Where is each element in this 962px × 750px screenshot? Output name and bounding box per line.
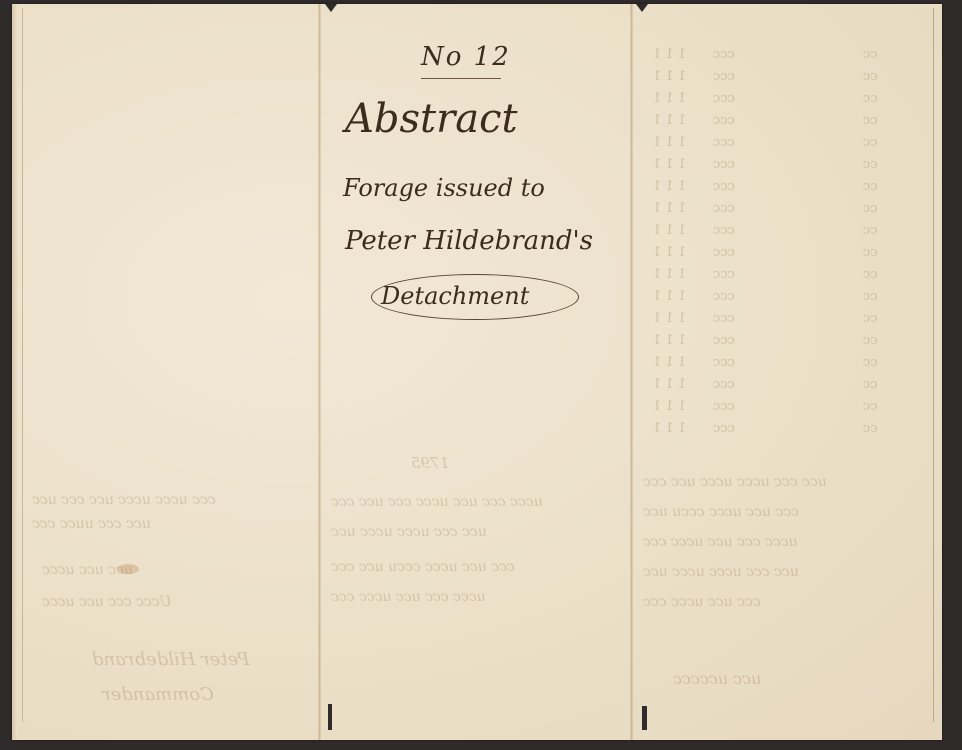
bleed-through-text: ucc ccc uccc uccc ucc ccc	[643, 474, 827, 490]
bleed-through-text: ccc ucc uccc ccc	[643, 594, 761, 610]
bleed-through-column: 1 1 1 1 1 1 1 1 1 1 1 1 1 1 1 1 1 1 1 1 …	[653, 44, 686, 440]
paper-tear	[325, 4, 337, 12]
bleed-through-text: uccc ccc ucc uccc ccc	[331, 589, 486, 605]
paper-tear	[636, 4, 648, 12]
bleed-through-text: ucc ccc uccc uccc ucc	[643, 564, 799, 580]
left-panel: ccc uccc uccc ucc ccc ucc ucc ccc uucc c…	[12, 4, 318, 740]
paper-tear	[642, 706, 647, 730]
bleed-through-text: uccc ccc ucc uccc ccc	[643, 534, 798, 550]
bleed-through-text: ucc uccccc	[673, 669, 761, 688]
number-underline	[421, 78, 501, 79]
bleed-through-text: ucc ccc uucc ccc	[32, 516, 151, 532]
bleed-through-text: ccc ucc uccc cccu ucc ccc	[331, 559, 515, 575]
bleed-through-text: Uccc ccc ucc uccc	[42, 594, 171, 610]
document-title: Abstract	[345, 96, 518, 142]
bleed-through-column: ccc ccc ccc ccc ccc ccc ccc ccc ccc ccc …	[713, 44, 735, 440]
bleed-through-total: 1795	[411, 454, 449, 472]
center-panel: No 12 Abstract Forage issued to Peter Hi…	[321, 4, 630, 740]
document-sheet: ccc uccc uccc ucc ccc ucc ucc ccc uucc c…	[12, 4, 942, 740]
paper-tear	[328, 704, 332, 730]
bleed-through-text: ucc ccc uccc uccc ucc	[331, 524, 487, 540]
stain	[117, 564, 139, 574]
subject-line-3: Detachment	[381, 282, 529, 310]
document-number: No 12	[421, 42, 511, 72]
bleed-through-text: ccc uccc uccc ucc ccc ucc	[32, 492, 216, 508]
subject-line-2: Peter Hildebrand's	[345, 226, 593, 256]
subject-line-1: Forage issued to	[343, 174, 545, 202]
bleed-through-text: ccc ucc uccc cccu ucc	[643, 504, 799, 520]
bleed-through-column: cc cc cc cc cc cc cc cc cc cc cc cc cc c…	[863, 44, 878, 440]
bleed-through-role: Commander	[102, 684, 214, 705]
bleed-through-signature: Peter Hildebrand	[92, 649, 250, 670]
bleed-through-text: uccc ccc ucc uccc ccc ucc ccc	[331, 494, 543, 510]
right-panel: 1 1 1 1 1 1 1 1 1 1 1 1 1 1 1 1 1 1 1 1 …	[633, 4, 942, 740]
